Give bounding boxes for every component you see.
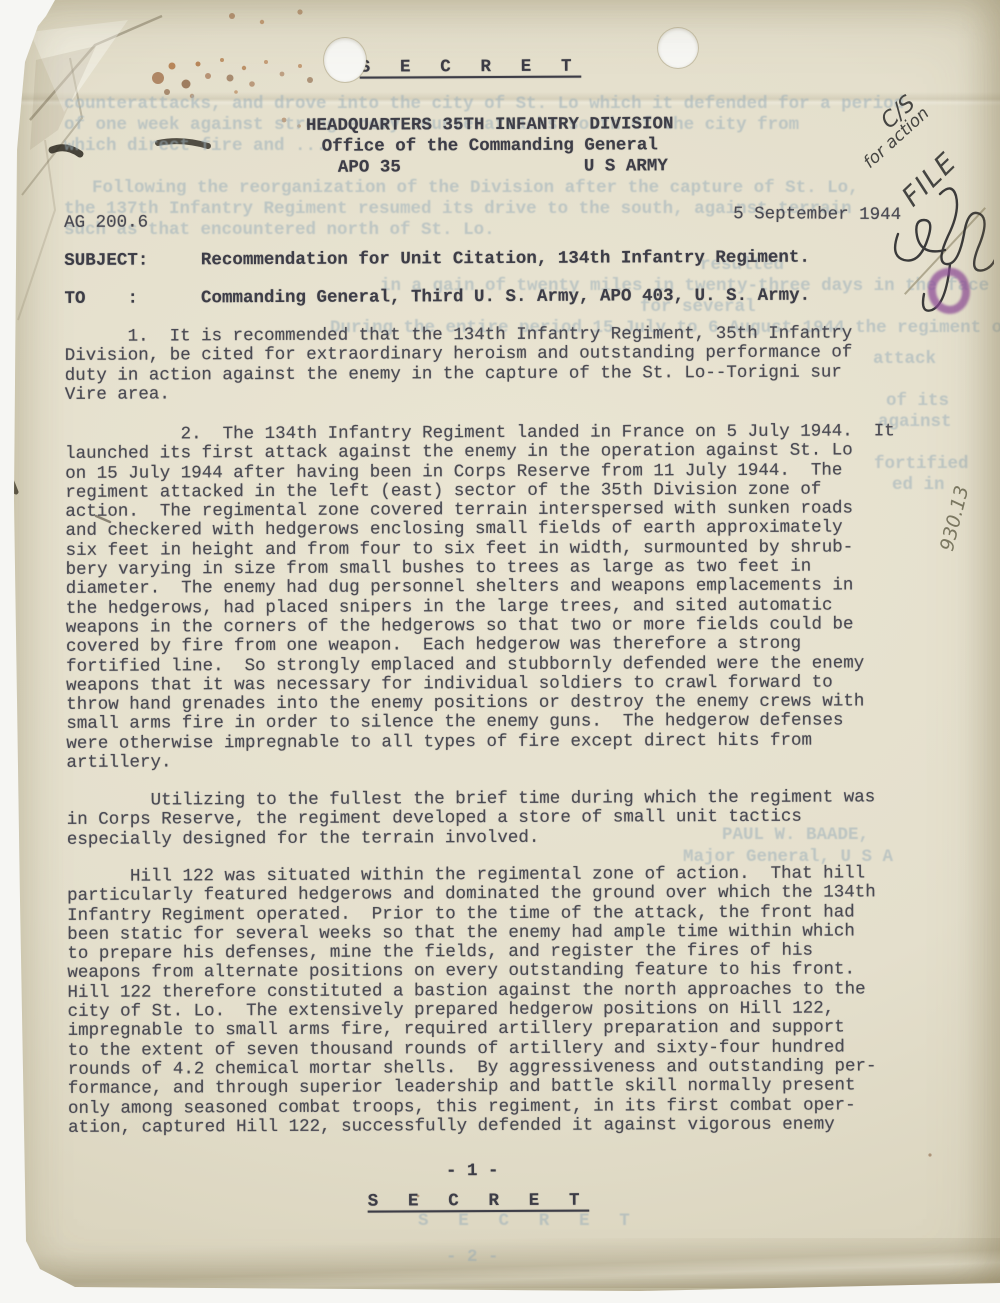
subject-line: SUBJECT: Recommendation for Unit Citatio… xyxy=(64,249,810,272)
ag-number: AG 200.6 xyxy=(64,214,148,234)
to-line: TO : Commanding General, Third U. S. Arm… xyxy=(64,287,810,310)
body-paragraph-3: Utilizing to the fullest the brief time … xyxy=(67,788,897,850)
header-army: U S ARMY xyxy=(584,157,668,177)
document-date: 5 September 1944 xyxy=(733,205,901,225)
scanned-document-page: counterattacks, and drove into the city … xyxy=(0,0,1000,1303)
header-apo-army-row: APO 35 U S ARMY xyxy=(338,157,668,178)
paper-sheet: counterattacks, and drove into the city … xyxy=(0,0,1000,1303)
body-paragraph-2: 2. The 134th Infantry Regiment landed in… xyxy=(65,422,897,773)
body-paragraph-1: 1. It is recommended that the 134th Infa… xyxy=(65,324,895,405)
header-apo: APO 35 xyxy=(338,158,401,178)
page-number: - 1 - xyxy=(2,1160,942,1183)
header-line-2: Office of the Commanding General xyxy=(0,135,982,159)
body-paragraph-4: Hill 122 was situated within the regimen… xyxy=(67,864,898,1138)
punch-hole-right xyxy=(658,28,698,68)
punch-hole-left xyxy=(324,38,366,82)
header-line-1: HEADQUARTERS 35TH INFANTRY DIVISION xyxy=(0,114,982,138)
classification-top: S E C R E T xyxy=(0,56,943,79)
typed-content: S E C R E T HEADQUARTERS 35TH INFANTRY D… xyxy=(0,0,1000,1303)
classification-bottom: S E C R E T xyxy=(2,1190,954,1213)
